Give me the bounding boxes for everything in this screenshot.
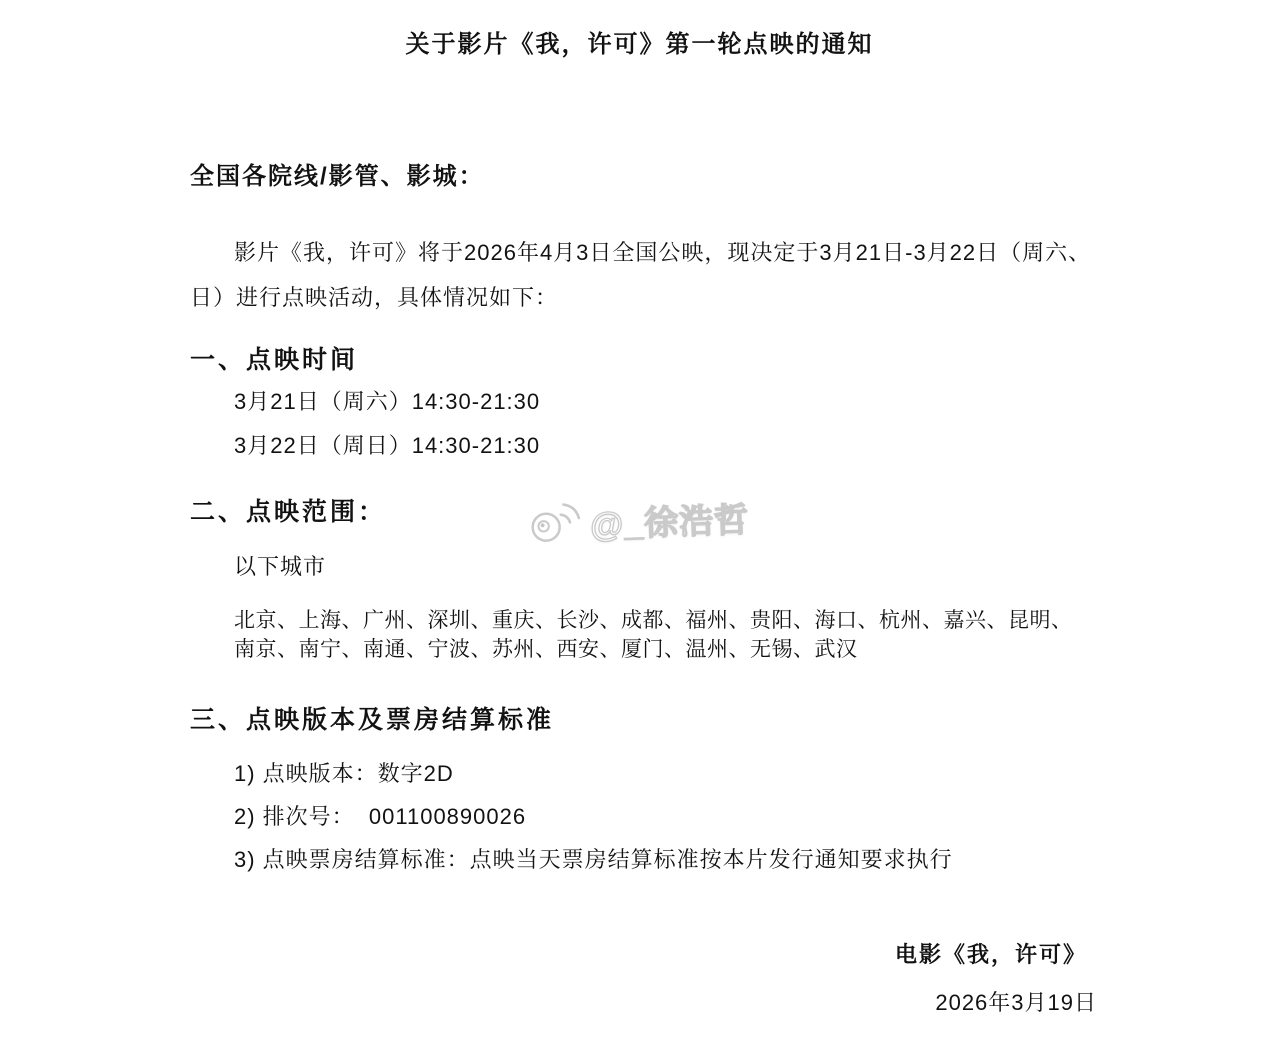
- salutation: 全国各院线/影管、影城：: [190, 156, 485, 191]
- notice-document: 关于影片《我，许可》第一轮点映的通知 全国各院线/影管、影城： 影片《我，许可》…: [0, 0, 1279, 1051]
- box-office-settlement-item: 3) 点映票房结算标准：点映当天票房结算标准按本片发行通知要求执行: [234, 843, 953, 874]
- section-2-heading: 二、点映范围：: [190, 492, 386, 528]
- screening-time-item: 3月22日（周日）14:30-21:30: [234, 429, 540, 460]
- weibo-watermark: @_徐浩哲: [525, 490, 750, 551]
- intro-paragraph: 影片《我，许可》将于2026年4月3日全国公映，现决定于3月21日-3月22日（…: [190, 230, 1098, 320]
- cities-subheading: 以下城市: [234, 550, 326, 581]
- signature-date: 2026年3月19日: [935, 986, 1097, 1017]
- signature-name: 电影《我，许可》: [895, 938, 1087, 969]
- version-item: 1) 点映版本：数字2D: [234, 757, 454, 788]
- sequence-number-item: 2) 排次号： 001100890026: [234, 800, 526, 831]
- cities-list: 北京、上海、广州、深圳、重庆、长沙、成都、福州、贵阳、海口、杭州、嘉兴、昆明、南…: [234, 606, 1090, 664]
- weibo-icon: [525, 496, 585, 551]
- watermark-handle: @_徐浩哲: [589, 492, 750, 547]
- document-title: 关于影片《我，许可》第一轮点映的通知: [0, 24, 1279, 59]
- screening-time-item: 3月21日（周六）14:30-21:30: [234, 385, 540, 416]
- section-1-heading: 一、点映时间: [190, 340, 358, 376]
- section-3-heading: 三、点映版本及票房结算标准: [190, 700, 554, 736]
